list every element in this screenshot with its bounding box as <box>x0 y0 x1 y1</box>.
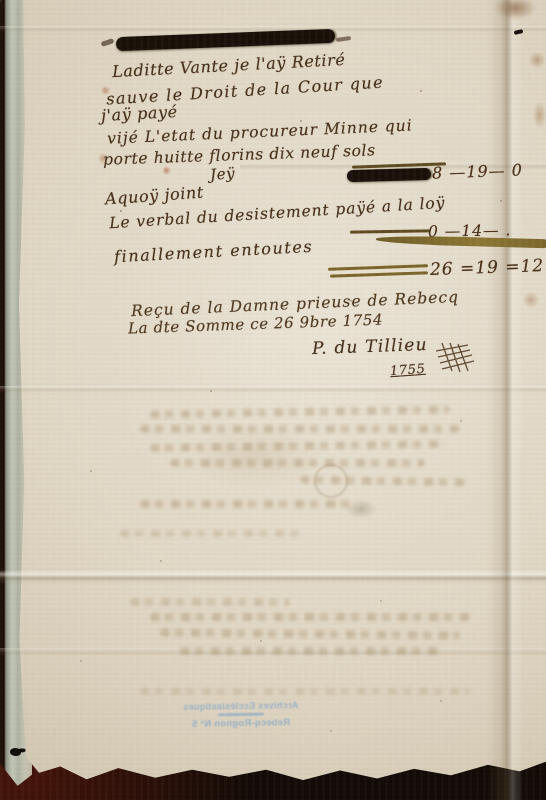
manuscript-word: Jeÿ <box>209 164 235 184</box>
ghost-text-line <box>120 530 300 537</box>
ghost-text-line <box>170 459 425 467</box>
year-note: 1755 <box>390 362 426 379</box>
ghost-text-line <box>130 598 290 606</box>
paper-speckles <box>0 0 2 2</box>
fold-crease <box>0 570 546 584</box>
brown-stain <box>523 292 539 308</box>
ghost-text-line <box>180 647 440 655</box>
archive-stamp-mirrored: Archives Ecclésiastiques Rebecq-Rognon N… <box>178 700 305 750</box>
amount-entry: 8 —19— 0 <box>432 160 523 182</box>
photo-of-manuscript: Laditte Vante je l'aÿ Retiré sauve le Dr… <box>0 0 546 800</box>
smudge-stain <box>346 500 376 518</box>
fold-crease-vertical <box>487 0 523 800</box>
signature: P. du Tillieu <box>312 335 428 359</box>
rust-spot <box>162 166 171 175</box>
stamp-line-2: Rebecq-Rognon N° 5 <box>178 717 304 730</box>
ghost-text-line <box>140 688 470 695</box>
brown-stain <box>533 102 546 128</box>
stamp-divider <box>218 713 264 717</box>
ghost-text-line <box>140 425 460 433</box>
brown-stain <box>529 52 545 68</box>
stamp-line-1: Archives Ecclésiastiques <box>178 700 304 712</box>
ghost-text-line <box>150 613 470 621</box>
amount-total: 26 =19 =12 <box>430 256 545 280</box>
ghost-text-line <box>140 500 350 508</box>
fold-crease <box>0 386 546 393</box>
manuscript-paper <box>18 0 546 800</box>
manuscript-line: j'aÿ payé <box>101 102 179 125</box>
ink-blot <box>347 168 431 182</box>
signature-flourish <box>434 341 476 377</box>
